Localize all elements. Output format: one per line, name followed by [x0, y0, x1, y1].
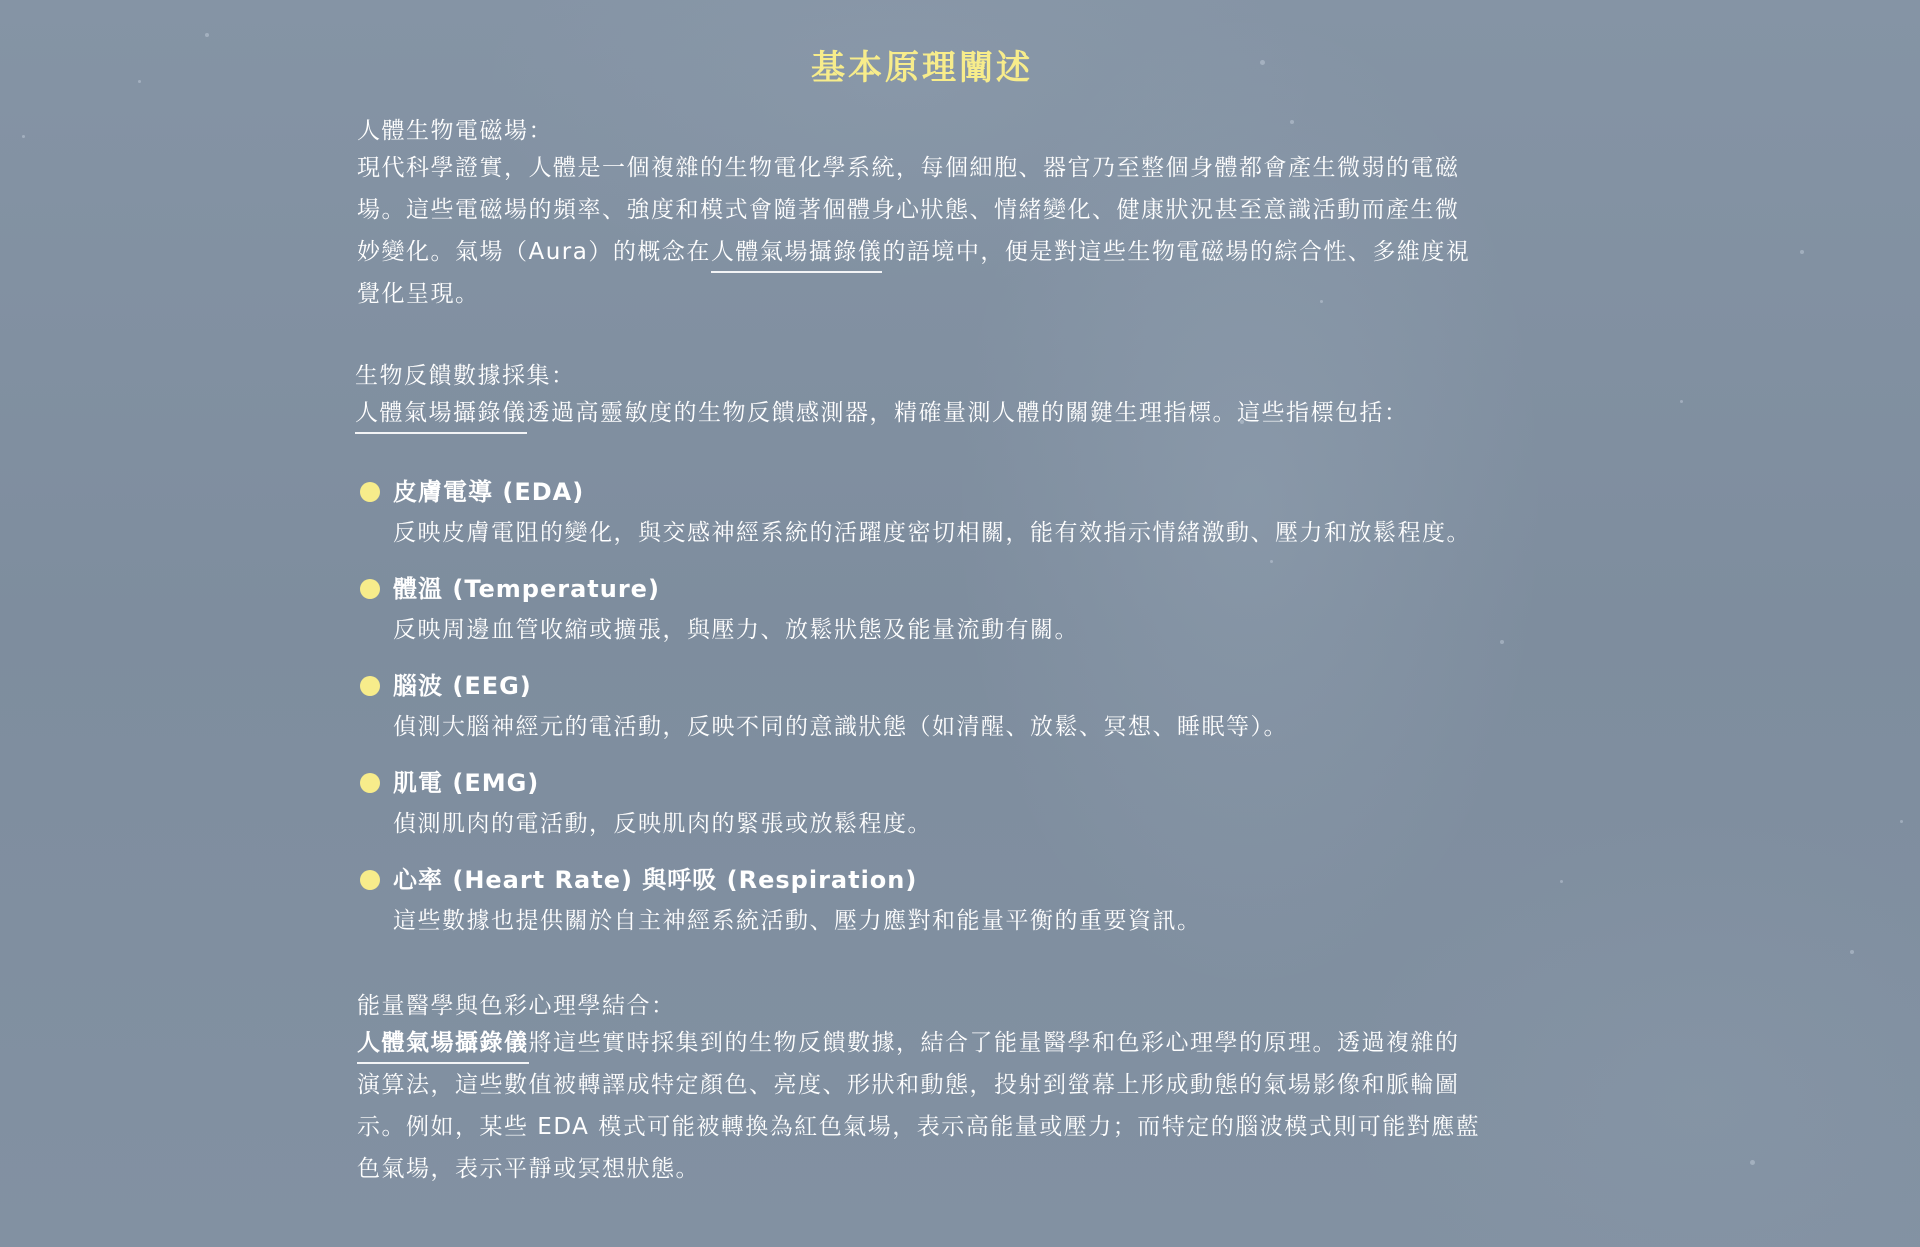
text-line: 覺化呈現。	[357, 273, 1557, 315]
aura-camera-link[interactable]: 人體氣場攝錄儀	[357, 1030, 529, 1064]
particle	[22, 135, 25, 138]
bullet-dot-icon	[360, 773, 380, 793]
bullet-dot-icon	[360, 676, 380, 696]
bullet-dot-icon	[360, 482, 380, 502]
indicator-description: 偵測肌肉的電活動，反映肌肉的緊張或放鬆程度。	[393, 805, 932, 838]
particle	[1850, 950, 1854, 954]
bullet-dot-icon	[360, 870, 380, 890]
text-line: 人體氣場攝錄儀透過高靈敏度的生物反饋感測器，精確量測人體的關鍵生理指標。這些指標…	[355, 392, 1555, 434]
indicator-title: 心率 (Heart Rate) 與呼吸 (Respiration)	[393, 860, 917, 895]
indicator-description: 反映皮膚電阻的變化，與交感神經系統的活躍度密切相關，能有效指示情緒激動、壓力和放…	[393, 514, 1471, 547]
particle	[205, 33, 209, 37]
section-heading-energy-medicine: 能量醫學與色彩心理學結合：	[357, 987, 676, 1020]
text-segment: 將這些實時採集到的生物反饋數據，結合了能量醫學和色彩心理學的原理。透過複雜的	[529, 1030, 1460, 1056]
indicator-title: 肌電 (EMG)	[393, 763, 539, 798]
text-line: 人體氣場攝錄儀將這些實時採集到的生物反饋數據，結合了能量醫學和色彩心理學的原理。…	[357, 1022, 1557, 1064]
text-line: 示。例如，某些 EDA 模式可能被轉換為紅色氣場，表示高能量或壓力；而特定的腦波…	[357, 1106, 1557, 1148]
text-segment: 演算法，這些數值被轉譯成特定顏色、亮度、形狀和動態，投射到螢幕上形成動態的氣場影…	[357, 1072, 1460, 1098]
indicator-description: 偵測大腦神經元的電活動，反映不同的意識狀態（如清醒、放鬆、冥想、睡眠等）。	[393, 708, 1288, 741]
particle	[1750, 1160, 1755, 1165]
text-line: 現代科學證實，人體是一個複雜的生物電化學系統，每個細胞、器官乃至整個身體都會產生…	[357, 147, 1557, 189]
text-segment: 示。例如，某些 EDA 模式可能被轉換為紅色氣場，表示高能量或壓力；而特定的腦波…	[357, 1114, 1480, 1140]
text-line: 色氣場，表示平靜或冥想狀態。	[357, 1148, 1557, 1190]
particle	[1800, 250, 1804, 254]
text-segment: 覺化呈現。	[357, 281, 480, 307]
particle	[1270, 560, 1273, 563]
text-segment: 現代科學證實，人體是一個複雜的生物電化學系統，每個細胞、器官乃至整個身體都會產生…	[357, 155, 1460, 181]
indicator-title: 腦波 (EEG)	[393, 666, 532, 701]
particle	[1560, 880, 1563, 883]
particle	[1680, 400, 1683, 403]
indicator-description: 這些數據也提供關於自主神經系統活動、壓力應對和能量平衡的重要資訊。	[393, 902, 1202, 935]
section-heading-bioelectromagnetic: 人體生物電磁場：	[357, 112, 553, 145]
indicator-title: 皮膚電導 (EDA)	[393, 472, 584, 507]
section-body-bioelectromagnetic: 現代科學證實，人體是一個複雜的生物電化學系統，每個細胞、器官乃至整個身體都會產生…	[357, 147, 1557, 315]
aura-camera-link[interactable]: 人體氣場攝錄儀	[711, 239, 883, 273]
text-segment: 色氣場，表示平靜或冥想狀態。	[357, 1156, 700, 1182]
particle	[138, 80, 141, 83]
text-line: 妙變化。氣場（Aura）的概念在人體氣場攝錄儀的語境中，便是對這些生物電磁場的綜…	[357, 231, 1557, 273]
section-body-biofeedback: 人體氣場攝錄儀透過高靈敏度的生物反饋感測器，精確量測人體的關鍵生理指標。這些指標…	[355, 392, 1555, 434]
bullet-dot-icon	[360, 579, 380, 599]
text-line: 演算法，這些數值被轉譯成特定顏色、亮度、形狀和動態，投射到螢幕上形成動態的氣場影…	[357, 1064, 1557, 1106]
text-line: 場。這些電磁場的頻率、強度和模式會隨著個體身心狀態、情緒變化、健康狀況甚至意識活…	[357, 189, 1557, 231]
section-heading-biofeedback: 生物反饋數據採集：	[355, 357, 576, 390]
text-segment: 的語境中，便是對這些生物電磁場的綜合性、多維度視	[882, 239, 1470, 265]
page-title: 基本原理闡述	[357, 40, 1487, 89]
section-body-energy-medicine: 人體氣場攝錄儀將這些實時採集到的生物反饋數據，結合了能量醫學和色彩心理學的原理。…	[357, 1022, 1557, 1190]
indicator-description: 反映周邊血管收縮或擴張，與壓力、放鬆狀態及能量流動有關。	[393, 611, 1079, 644]
aura-camera-link[interactable]: 人體氣場攝錄儀	[355, 400, 527, 434]
particle	[1900, 820, 1903, 823]
particle	[1500, 640, 1504, 644]
particle	[1290, 120, 1294, 124]
text-segment: 妙變化。氣場（Aura）的概念在	[357, 239, 711, 265]
text-segment: 場。這些電磁場的頻率、強度和模式會隨著個體身心狀態、情緒變化、健康狀況甚至意識活…	[357, 197, 1460, 223]
text-segment: 透過高靈敏度的生物反饋感測器，精確量測人體的關鍵生理指標。這些指標包括：	[527, 400, 1409, 426]
indicator-title: 體溫 (Temperature)	[393, 569, 660, 604]
